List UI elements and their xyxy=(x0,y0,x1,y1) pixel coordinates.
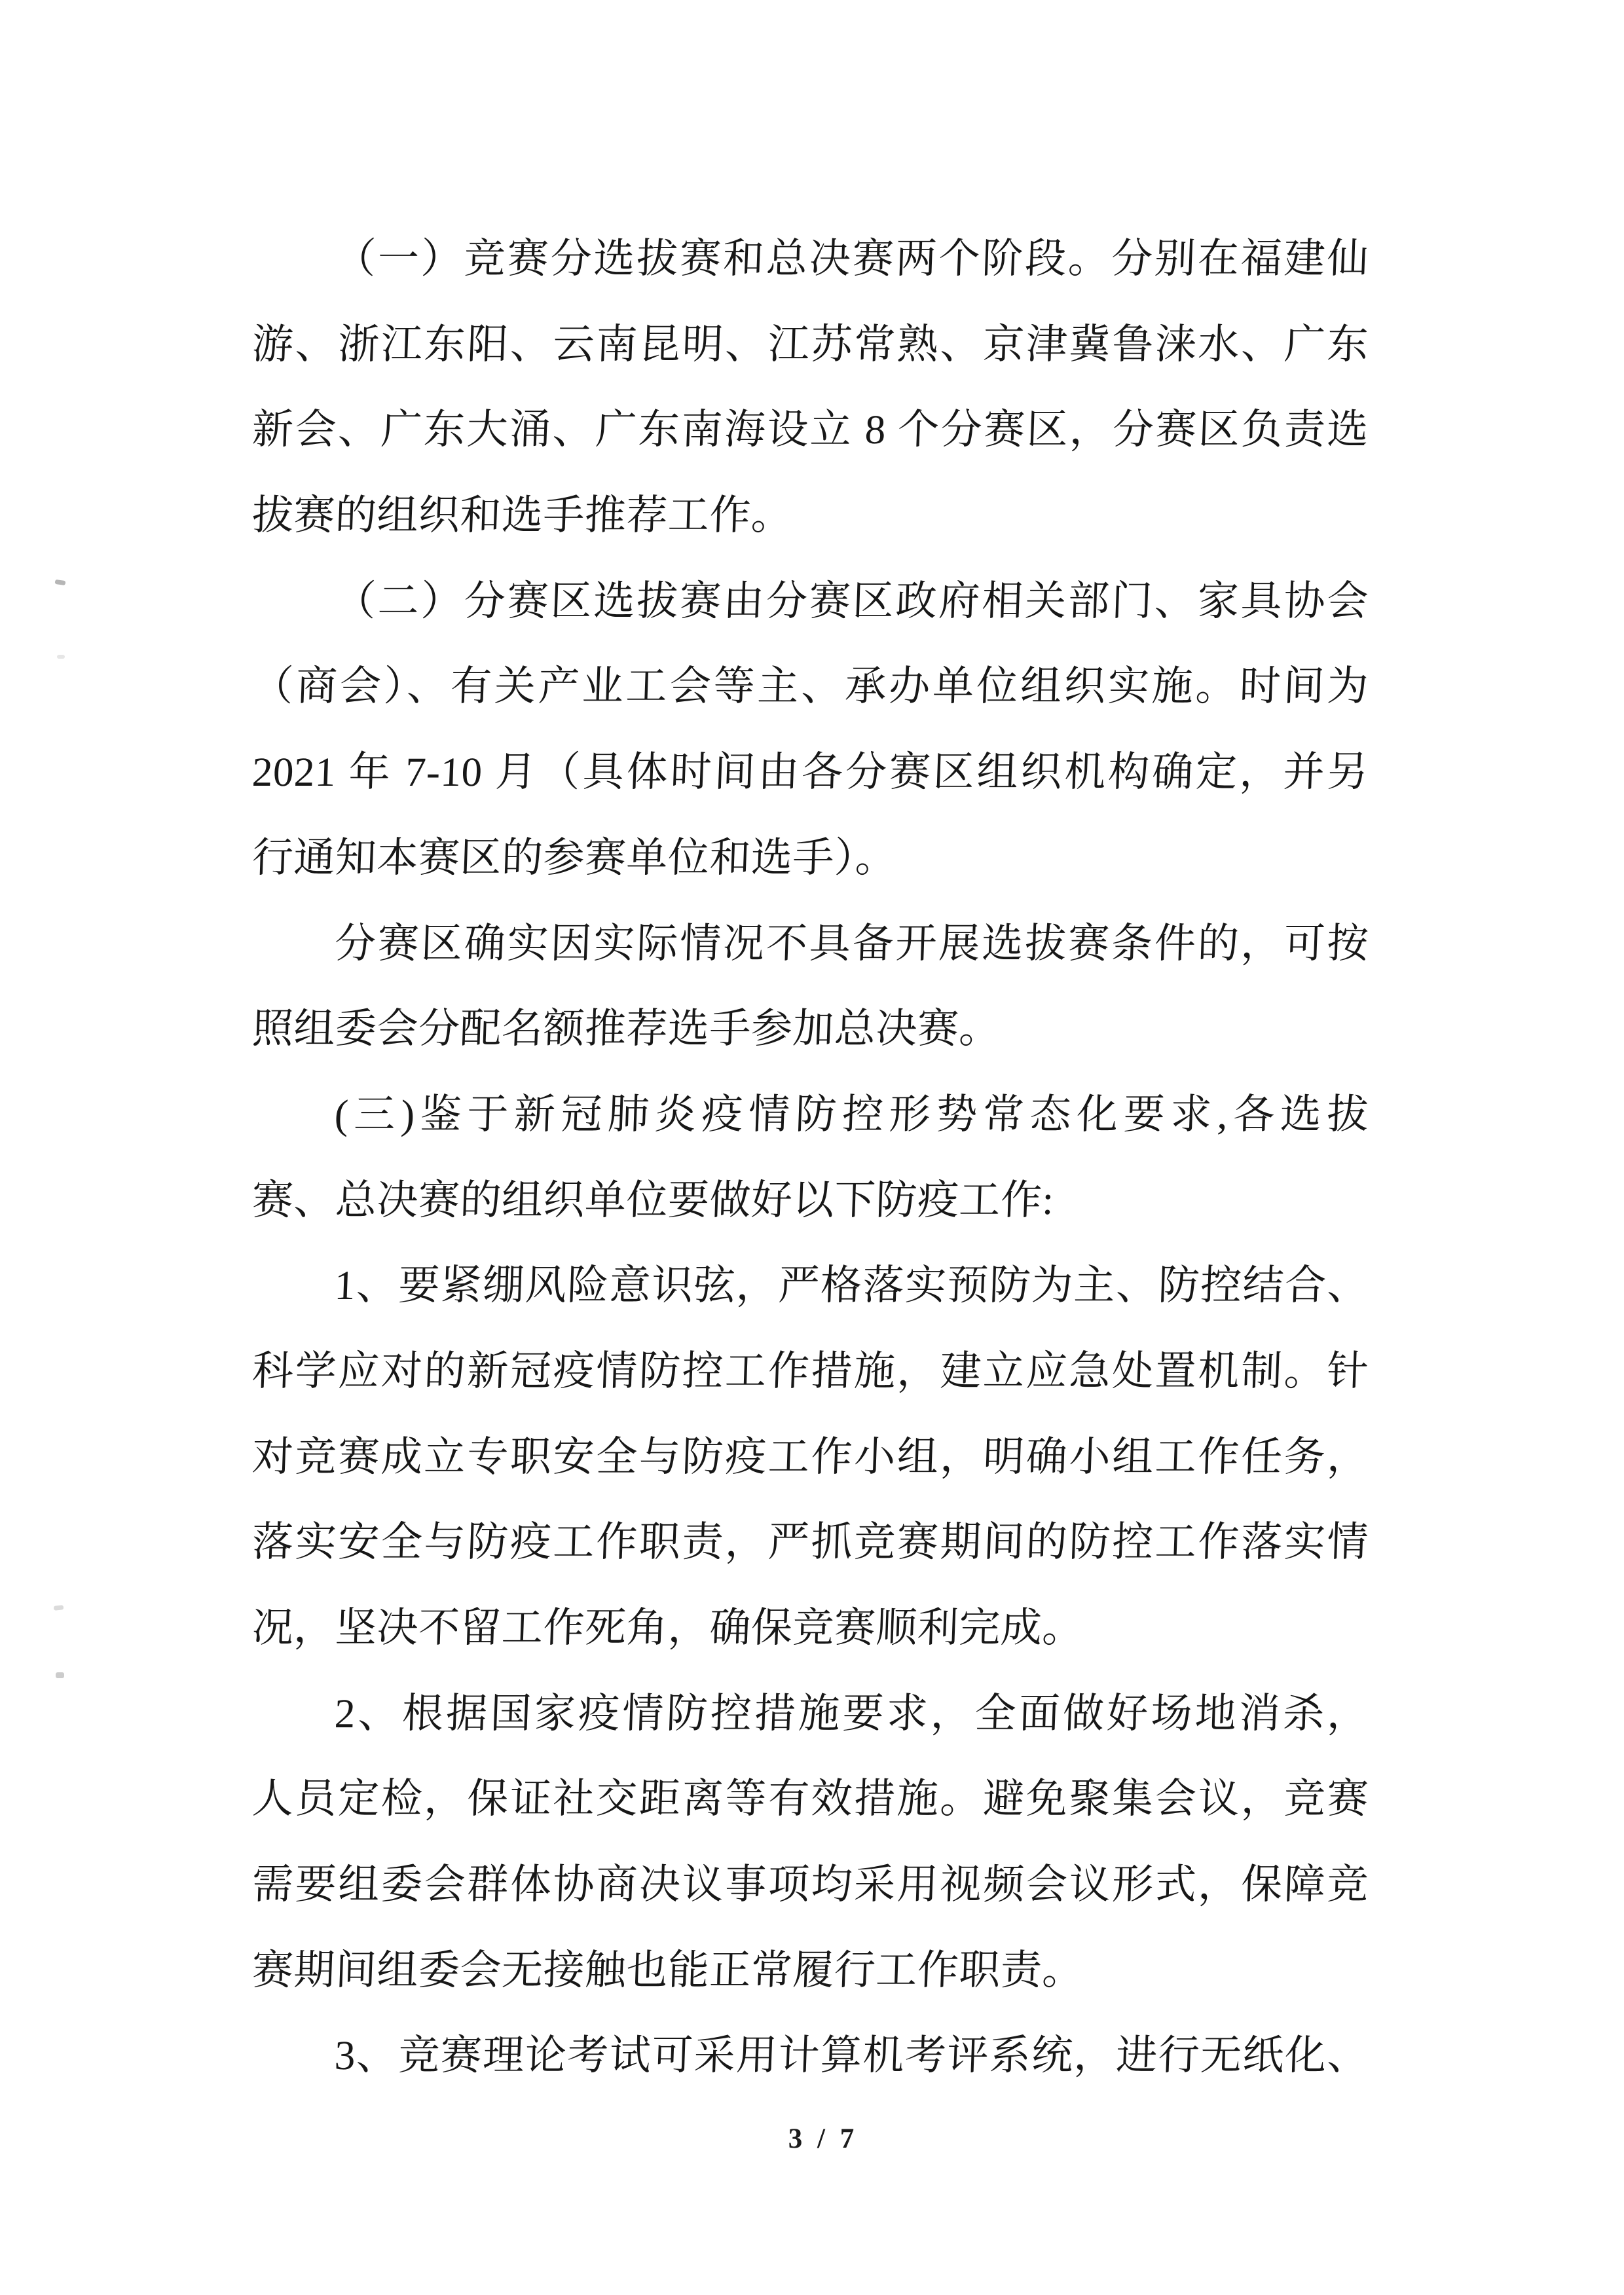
text-line: 照组委会分配名额推荐选手参加总决赛。 xyxy=(251,986,1371,1072)
text-line: （商会）、有关产业工会等主、承办单位组织实施。时间为 xyxy=(251,644,1371,729)
scan-speck xyxy=(55,579,66,585)
text-line: 况，坚决不留工作死角，确保竞赛顺利完成。 xyxy=(251,1585,1371,1671)
text-line: （二）分赛区选拔赛由分赛区政府相关部门、家具协会 xyxy=(251,559,1371,644)
text-line: 人员定检，保证社交距离等有效措施。避免聚集会议，竞赛 xyxy=(251,1756,1371,1842)
text-line: 分赛区确实因实际情况不具备开展选拔赛条件的，可按 xyxy=(251,901,1371,987)
text-line: 行通知本赛区的参赛单位和选手）。 xyxy=(251,815,1371,901)
text-line: 新会、广东大涌、广东南海设立 8 个分赛区，分赛区负责选 xyxy=(251,387,1371,473)
text-line: 2021 年 7-10 月（具体时间由各分赛区组织机构确定，并另 xyxy=(251,729,1371,815)
text-line: (三)鉴于新冠肺炎疫情防控形势常态化要求,各选拔 xyxy=(251,1072,1371,1158)
text-line: 2、根据国家疫情防控措施要求，全面做好场地消杀， xyxy=(251,1671,1371,1757)
text-line: 需要组委会群体协商决议事项均采用视频会议形式，保障竞 xyxy=(251,1842,1371,1928)
text-line: 科学应对的新冠疫情防控工作措施，建立应急处置机制。针 xyxy=(251,1329,1371,1414)
text-line: 拔赛的组织和选手推荐工作。 xyxy=(251,473,1371,559)
scan-speck xyxy=(54,1605,64,1611)
text-line: 赛、总决赛的组织单位要做好以下防疫工作: xyxy=(251,1158,1371,1243)
text-line: 赛期间组委会无接触也能正常履行工作职责。 xyxy=(251,1928,1371,2013)
document-text-block: （一）竞赛分选拔赛和总决赛两个阶段。分别在福建仙 游、浙江东阳、云南昆明、江苏常… xyxy=(252,216,1369,2099)
text-line: 1、要紧绷风险意识弦，严格落实预防为主、防控结合、 xyxy=(251,1243,1371,1329)
page-number: 3 / 7 xyxy=(11,2123,1624,2155)
scanned-document-page: （一）竞赛分选拔赛和总决赛两个阶段。分别在福建仙 游、浙江东阳、云南昆明、江苏常… xyxy=(0,0,1624,2295)
text-line: 对竞赛成立专职安全与防疫工作小组，明确小组工作任务， xyxy=(251,1414,1371,1500)
text-line: 3、竞赛理论考试可采用计算机考评系统，进行无纸化、 xyxy=(251,2013,1371,2099)
scan-speck xyxy=(56,1672,64,1678)
scan-speck xyxy=(57,655,65,659)
text-line: 落实安全与防疫工作职责，严抓竞赛期间的防控工作落实情 xyxy=(251,1499,1371,1585)
text-line: （一）竞赛分选拔赛和总决赛两个阶段。分别在福建仙 xyxy=(251,216,1371,302)
text-line: 游、浙江东阳、云南昆明、江苏常熟、京津冀鲁涞水、广东 xyxy=(251,302,1371,388)
